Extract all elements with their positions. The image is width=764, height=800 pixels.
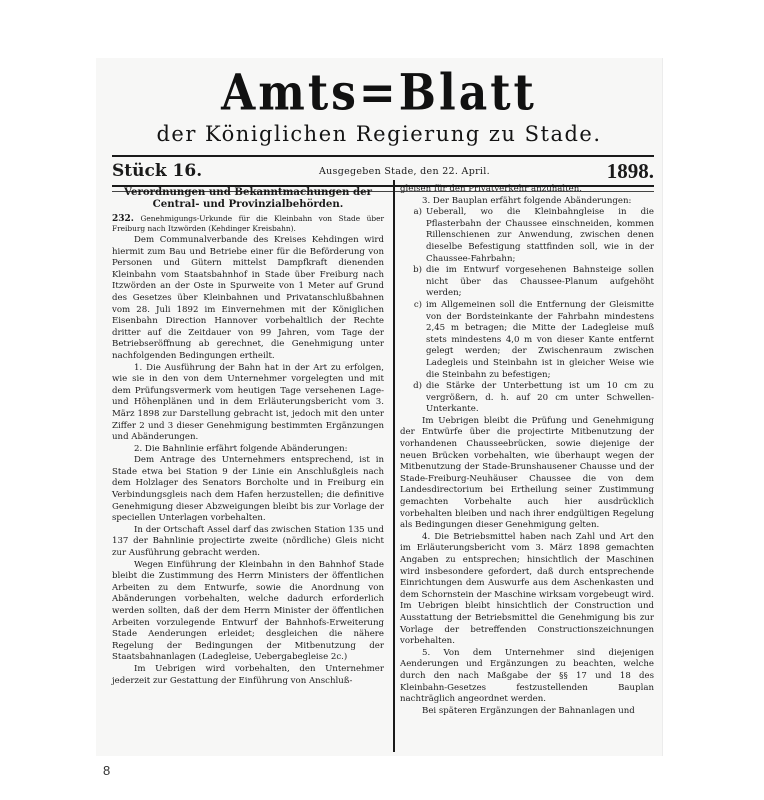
section-heading: Verordnungen und Bekanntmachungen der Ce… (112, 186, 384, 210)
column-divider (393, 180, 395, 752)
paragraph: Wegen Einführung der Kleinbahn in den Ba… (112, 560, 384, 664)
sub-item-mark: b) (400, 265, 426, 300)
paragraph: 1. Die Ausführung der Bahn hat in der Ar… (112, 363, 384, 444)
issue-number: Stück 16. (112, 161, 202, 181)
sub-item-text: im Allgemeinen soll die Entfernung der G… (426, 300, 654, 381)
item-3-intro: 3. Der Bauplan erfährt folgende Abänderu… (400, 196, 654, 208)
sub-item: c) im Allgemeinen soll die Entfernung de… (400, 300, 654, 381)
paragraph: 5. Von dem Unternehmer sind diejenigen A… (400, 648, 654, 706)
page-number: 8 (103, 763, 110, 778)
continuation: gleisen für den Privatverkehr anzuhalten… (400, 184, 654, 196)
sub-item-text: die im Entwurf vorgesehenen Bahnsteige s… (426, 265, 654, 300)
notice-lead-text: Genehmigungs-Urkunde für die Kleinbahn v… (112, 214, 384, 233)
paragraph: Im Uebrigen wird vorbehalten, den Untern… (112, 664, 384, 687)
issue-date: Ausgegeben Stade, den 22. April. (319, 166, 490, 177)
sub-item: b) die im Entwurf vorgesehenen Bahnsteig… (400, 265, 654, 300)
issue-year: 1898. (607, 159, 654, 184)
notice-number: 232. (112, 214, 134, 224)
sub-item-mark: c) (400, 300, 426, 381)
sub-item: a) Ueberall, wo die Kleinbahngleise in d… (400, 207, 654, 265)
sub-item-mark: a) (400, 207, 426, 265)
masthead-title: Amts=Blatt (96, 65, 662, 122)
header-rule-top (112, 155, 654, 157)
sub-item: d) die Stärke der Unterbettung ist um 10… (400, 381, 654, 416)
paragraph: 2. Die Bahnlinie erfährt folgende Abände… (112, 444, 384, 456)
paragraph: In der Ortschaft Assel darf das zwischen… (112, 525, 384, 560)
sub-item-mark: d) (400, 381, 426, 416)
left-column: Verordnungen und Bekanntmachungen der Ce… (112, 184, 384, 687)
paragraph: 4. Die Betriebsmittel haben nach Zahl un… (400, 532, 654, 648)
paragraph: Im Uebrigen bleibt die Prüfung und Geneh… (400, 416, 654, 532)
paragraph: Dem Communalverbande des Kreises Kehding… (112, 235, 384, 363)
paragraph: Bei späteren Ergänzungen der Bahnanlagen… (400, 706, 654, 718)
right-column: gleisen für den Privatverkehr anzuhalten… (400, 184, 654, 717)
paragraph: Dem Antrage des Unternehmers entsprechen… (112, 455, 384, 525)
scanned-page: Amts=Blatt der Königlichen Regierung zu … (96, 58, 663, 756)
sub-item-text: Ueberall, wo die Kleinbahngleise in die … (426, 207, 654, 265)
issue-line: Stück 16. Ausgegeben Stade, den 22. Apri… (112, 159, 654, 183)
masthead-subtitle: der Königlichen Regierung zu Stade. (96, 122, 662, 146)
sub-item-text: die Stärke der Unterbettung ist um 10 cm… (426, 381, 654, 416)
notice-lead: 232. Genehmigungs-Urkunde für die Kleinb… (112, 214, 384, 234)
